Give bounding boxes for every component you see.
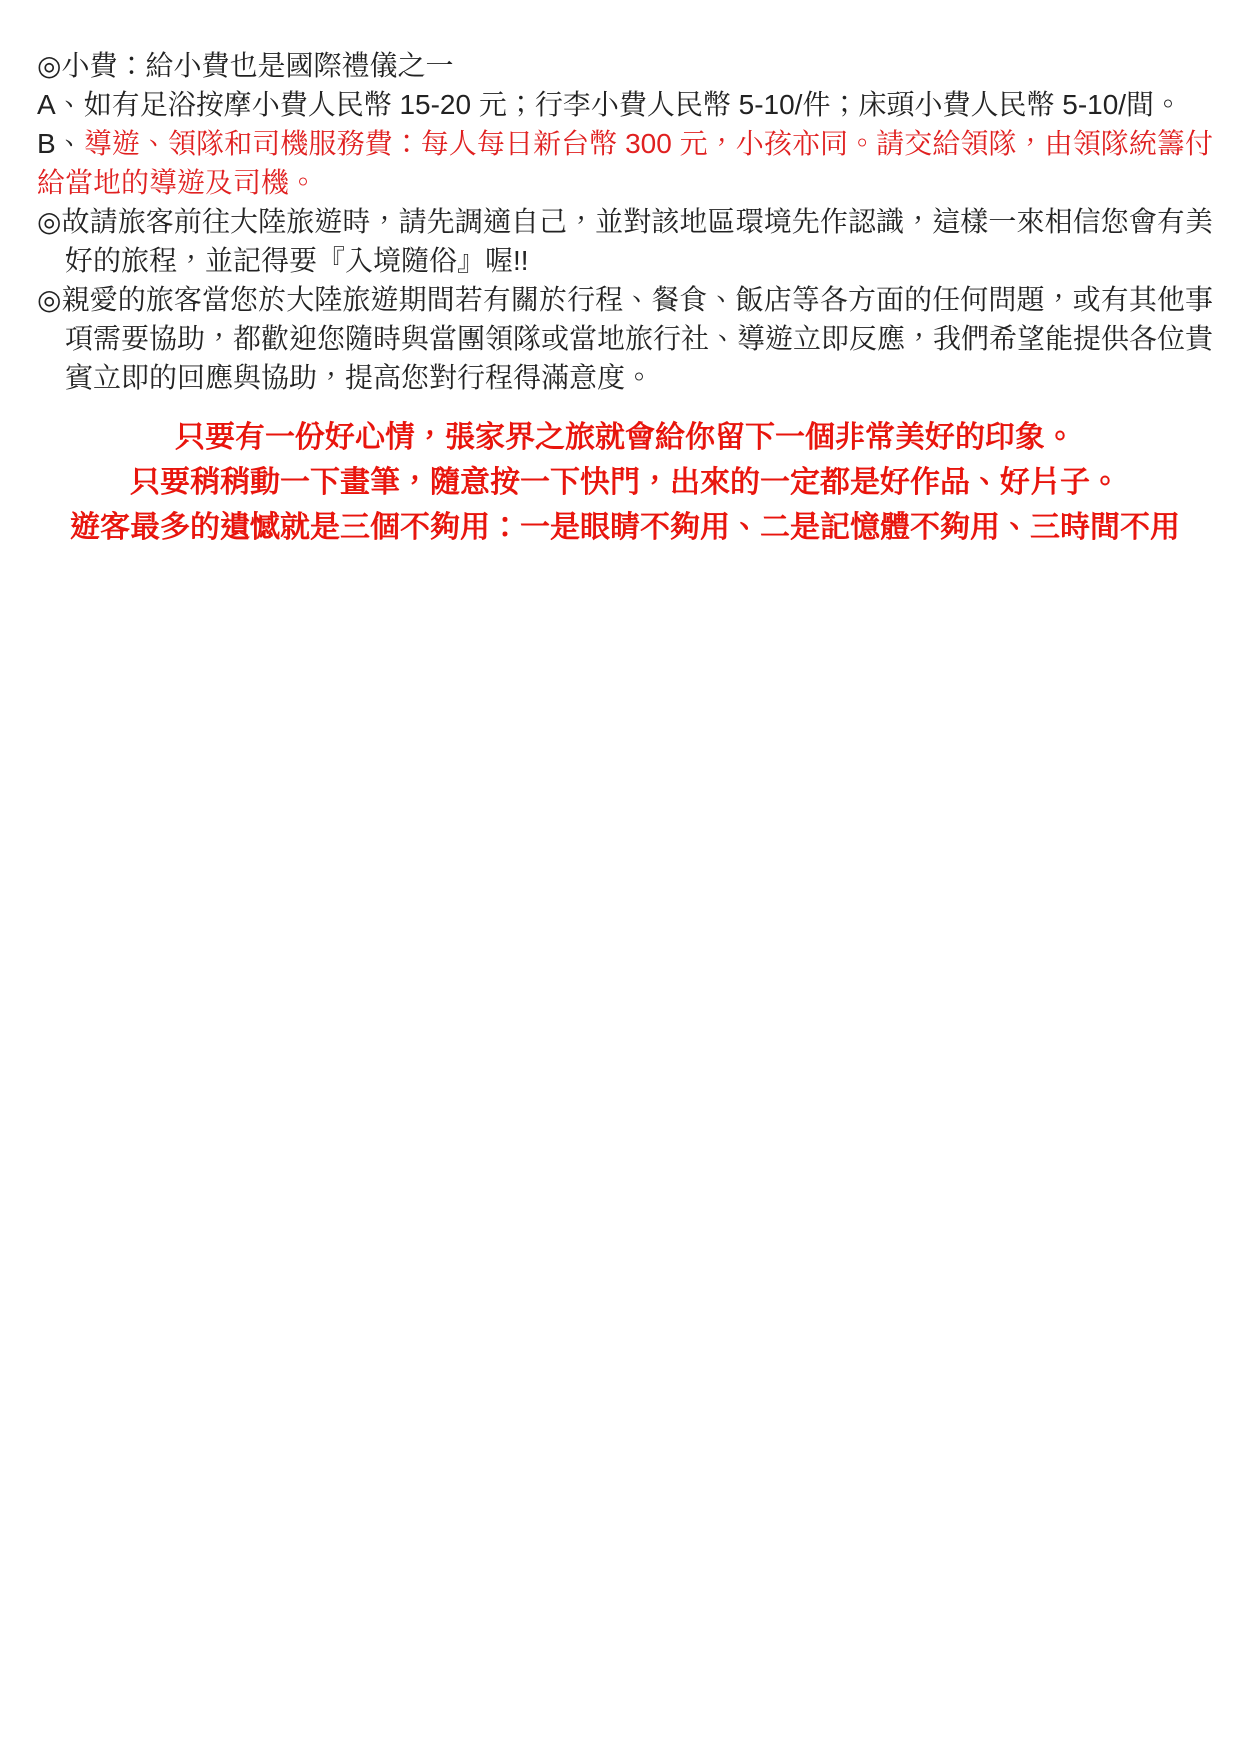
tipping-heading: ◎小費：給小費也是國際禮儀之一 — [37, 46, 1213, 85]
document-page: ◎小費：給小費也是國際禮儀之一 A、如有足浴按摩小費人民幣 15-20 元；行李… — [0, 0, 1241, 1755]
note-adapt-text: 故請旅客前往大陸旅遊時，請先調適自己，並對該地區環境先作認識，這樣一來相信您會有… — [62, 206, 1213, 276]
highlight-line-good-mood: 只要有一份好心情，張家界之旅就會給你留下一個非常美好的印象。 — [37, 415, 1213, 460]
highlight-line-camera: 只要稍稍動一下畫筆，隨意按一下快門，出來的一定都是好作品、好片子。 — [37, 460, 1213, 505]
tipping-item-a-marker: A、 — [37, 89, 84, 120]
note-adapt-marker: ◎ — [37, 206, 62, 237]
tipping-item-b: B、導遊、領隊和司機服務費：每人每日新台幣 300 元，小孩亦同。請交給領隊，由… — [37, 124, 1213, 202]
highlight-line-regrets: 遊客最多的遺憾就是三個不夠用：一是眼睛不夠用、二是記憶體不夠用、三時間不用 — [37, 505, 1213, 550]
tipping-item-a-text: 如有足浴按摩小費人民幣 15-20 元；行李小費人民幣 5-10/件；床頭小費人… — [84, 89, 1182, 120]
tipping-item-b-text: 導遊、領隊和司機服務費：每人每日新台幣 300 元，小孩亦同。請交給領隊，由領隊… — [37, 128, 1213, 198]
highlight-block: 只要有一份好心情，張家界之旅就會給你留下一個非常美好的印象。 只要稍稍動一下畫筆… — [37, 415, 1213, 550]
tipping-heading-marker: ◎ — [37, 50, 61, 81]
note-contact-assistance: ◎親愛的旅客當您於大陸旅遊期間若有關於行程、餐食、飯店等各方面的任何問題，或有其… — [37, 280, 1213, 397]
tipping-item-a: A、如有足浴按摩小費人民幣 15-20 元；行李小費人民幣 5-10/件；床頭小… — [37, 85, 1213, 124]
note-adapt-local-customs: ◎故請旅客前往大陸旅遊時，請先調適自己，並對該地區環境先作認識，這樣一來相信您會… — [37, 202, 1213, 280]
note-contact-marker: ◎ — [37, 284, 62, 315]
tipping-item-b-marker: B、 — [37, 128, 84, 159]
note-contact-text: 親愛的旅客當您於大陸旅遊期間若有關於行程、餐食、飯店等各方面的任何問題，或有其他… — [62, 284, 1213, 393]
tipping-heading-text: 小費：給小費也是國際禮儀之一 — [61, 50, 453, 81]
